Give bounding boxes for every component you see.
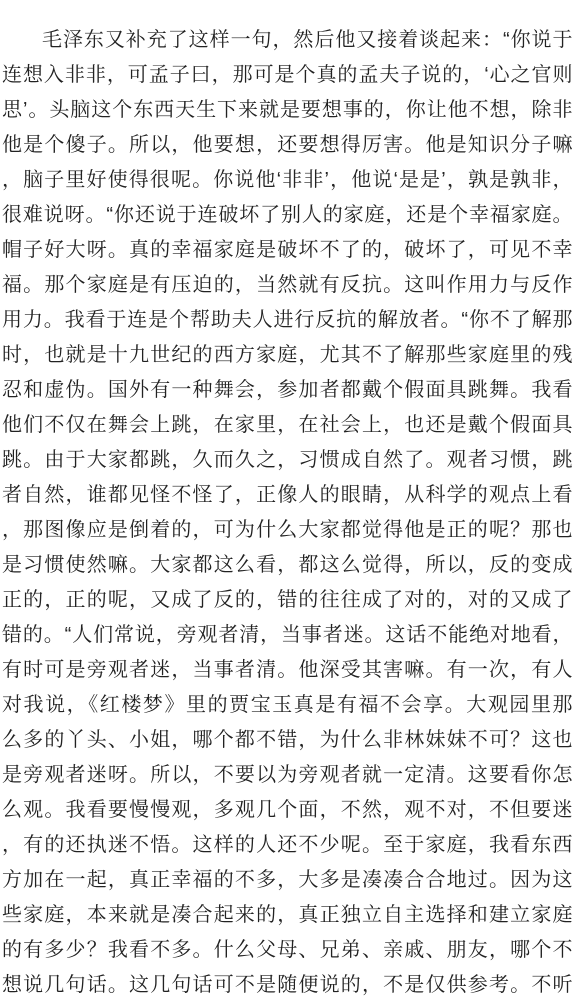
text-line: 思’。头脑这个东西天生下来就是要想事的，你让他不想，除非: [2, 93, 573, 128]
text-line: 有时可是旁观者迷，当事者清。他深受其害嘛。有一次，有人: [2, 653, 573, 688]
text-line: 是旁观者迷呀。所以，不要以为旁观者就一定清。这要看你怎: [2, 758, 573, 793]
text-line: ，脑子里好使得很呢。你说他‘非非’，他说‘是是’，孰是孰非，: [2, 163, 573, 198]
text-line: 么观。我看要慢慢观，多观几个面，不然，观不对，不但要迷: [2, 793, 573, 828]
text-page: 毛泽东又补充了这样一句，然后他又接着谈起来：“你说于 连想入非非，可孟子曰，那可…: [0, 0, 581, 1000]
text-line: 福。那个家庭是有压迫的，当然就有反抗。这叫作用力与反作: [2, 268, 573, 303]
text-line: 用力。我看于连是个帮助夫人进行反抗的解放者。“你不了解那: [2, 303, 573, 338]
text-line: 是习惯使然嘛。大家都这么看，都这么觉得，所以，反的变成: [2, 548, 573, 583]
text-line: 时，也就是十九世纪的西方家庭，尤其不了解那些家庭里的残: [2, 338, 573, 373]
text-line: 帽子好大呀。真的幸福家庭是破坏不了的，破坏了，可见不幸: [2, 233, 573, 268]
text-line: ，那图像应是倒着的，可为什么大家都觉得他是正的呢？那也: [2, 513, 573, 548]
text-line: 的有多少？我看不多。什么父母、兄弟、亲戚、朋友，哪个不: [2, 933, 573, 968]
text-line: 者自然，谁都见怪不怪了，正像人的眼睛，从科学的观点上看: [2, 478, 573, 513]
text-line: 忍和虚伪。国外有一种舞会，参加者都戴个假面具跳舞。我看: [2, 373, 573, 408]
text-line: 他们不仅在舞会上跳，在家里，在社会上，也还是戴个假面具: [2, 408, 573, 443]
text-line: 正的，正的呢，又成了反的，错的往往成了对的，对的又成了: [2, 583, 573, 618]
text-line: 他是个傻子。所以，他要想，还要想得厉害。他是知识分子嘛: [2, 128, 573, 163]
text-line: 些家庭，本来就是凑合起来的，真正独立自主选择和建立家庭: [2, 898, 573, 933]
text-line: 很难说呀。“你还说于连破坏了别人的家庭，还是个幸福家庭。: [2, 198, 573, 233]
text-line: 么多的丫头、小姐，哪个都不错，为什么非林妹妹不可？这也: [2, 723, 573, 758]
text-line: 对我说，《红楼梦》里的贾宝玉真是有福不会享。大观园里那: [2, 688, 573, 723]
text-line: ，有的还执迷不悟。这样的人还不少呢。至于家庭，我看东西: [2, 828, 573, 863]
text-line: 想说几句话。这几句话可不是随便说的，不是仅供参考。不听: [2, 968, 573, 1000]
text-line: 方加在一起，真正幸福的不多，大多是凑凑合合地过。因为这: [2, 863, 573, 898]
text-line: 毛泽东又补充了这样一句，然后他又接着谈起来：“你说于: [2, 23, 573, 58]
text-line: 错的。“人们常说，旁观者清，当事者迷。这话不能绝对地看，: [2, 618, 573, 653]
document-page: { "page": { "background_color": "#ffffff…: [0, 0, 581, 1000]
text-line: 跳。由于大家都跳，久而久之，习惯成自然了。观者习惯，跳: [2, 443, 573, 478]
text-line: 连想入非非，可孟子曰，那可是个真的孟夫子说的，‘心之官则: [2, 58, 573, 93]
